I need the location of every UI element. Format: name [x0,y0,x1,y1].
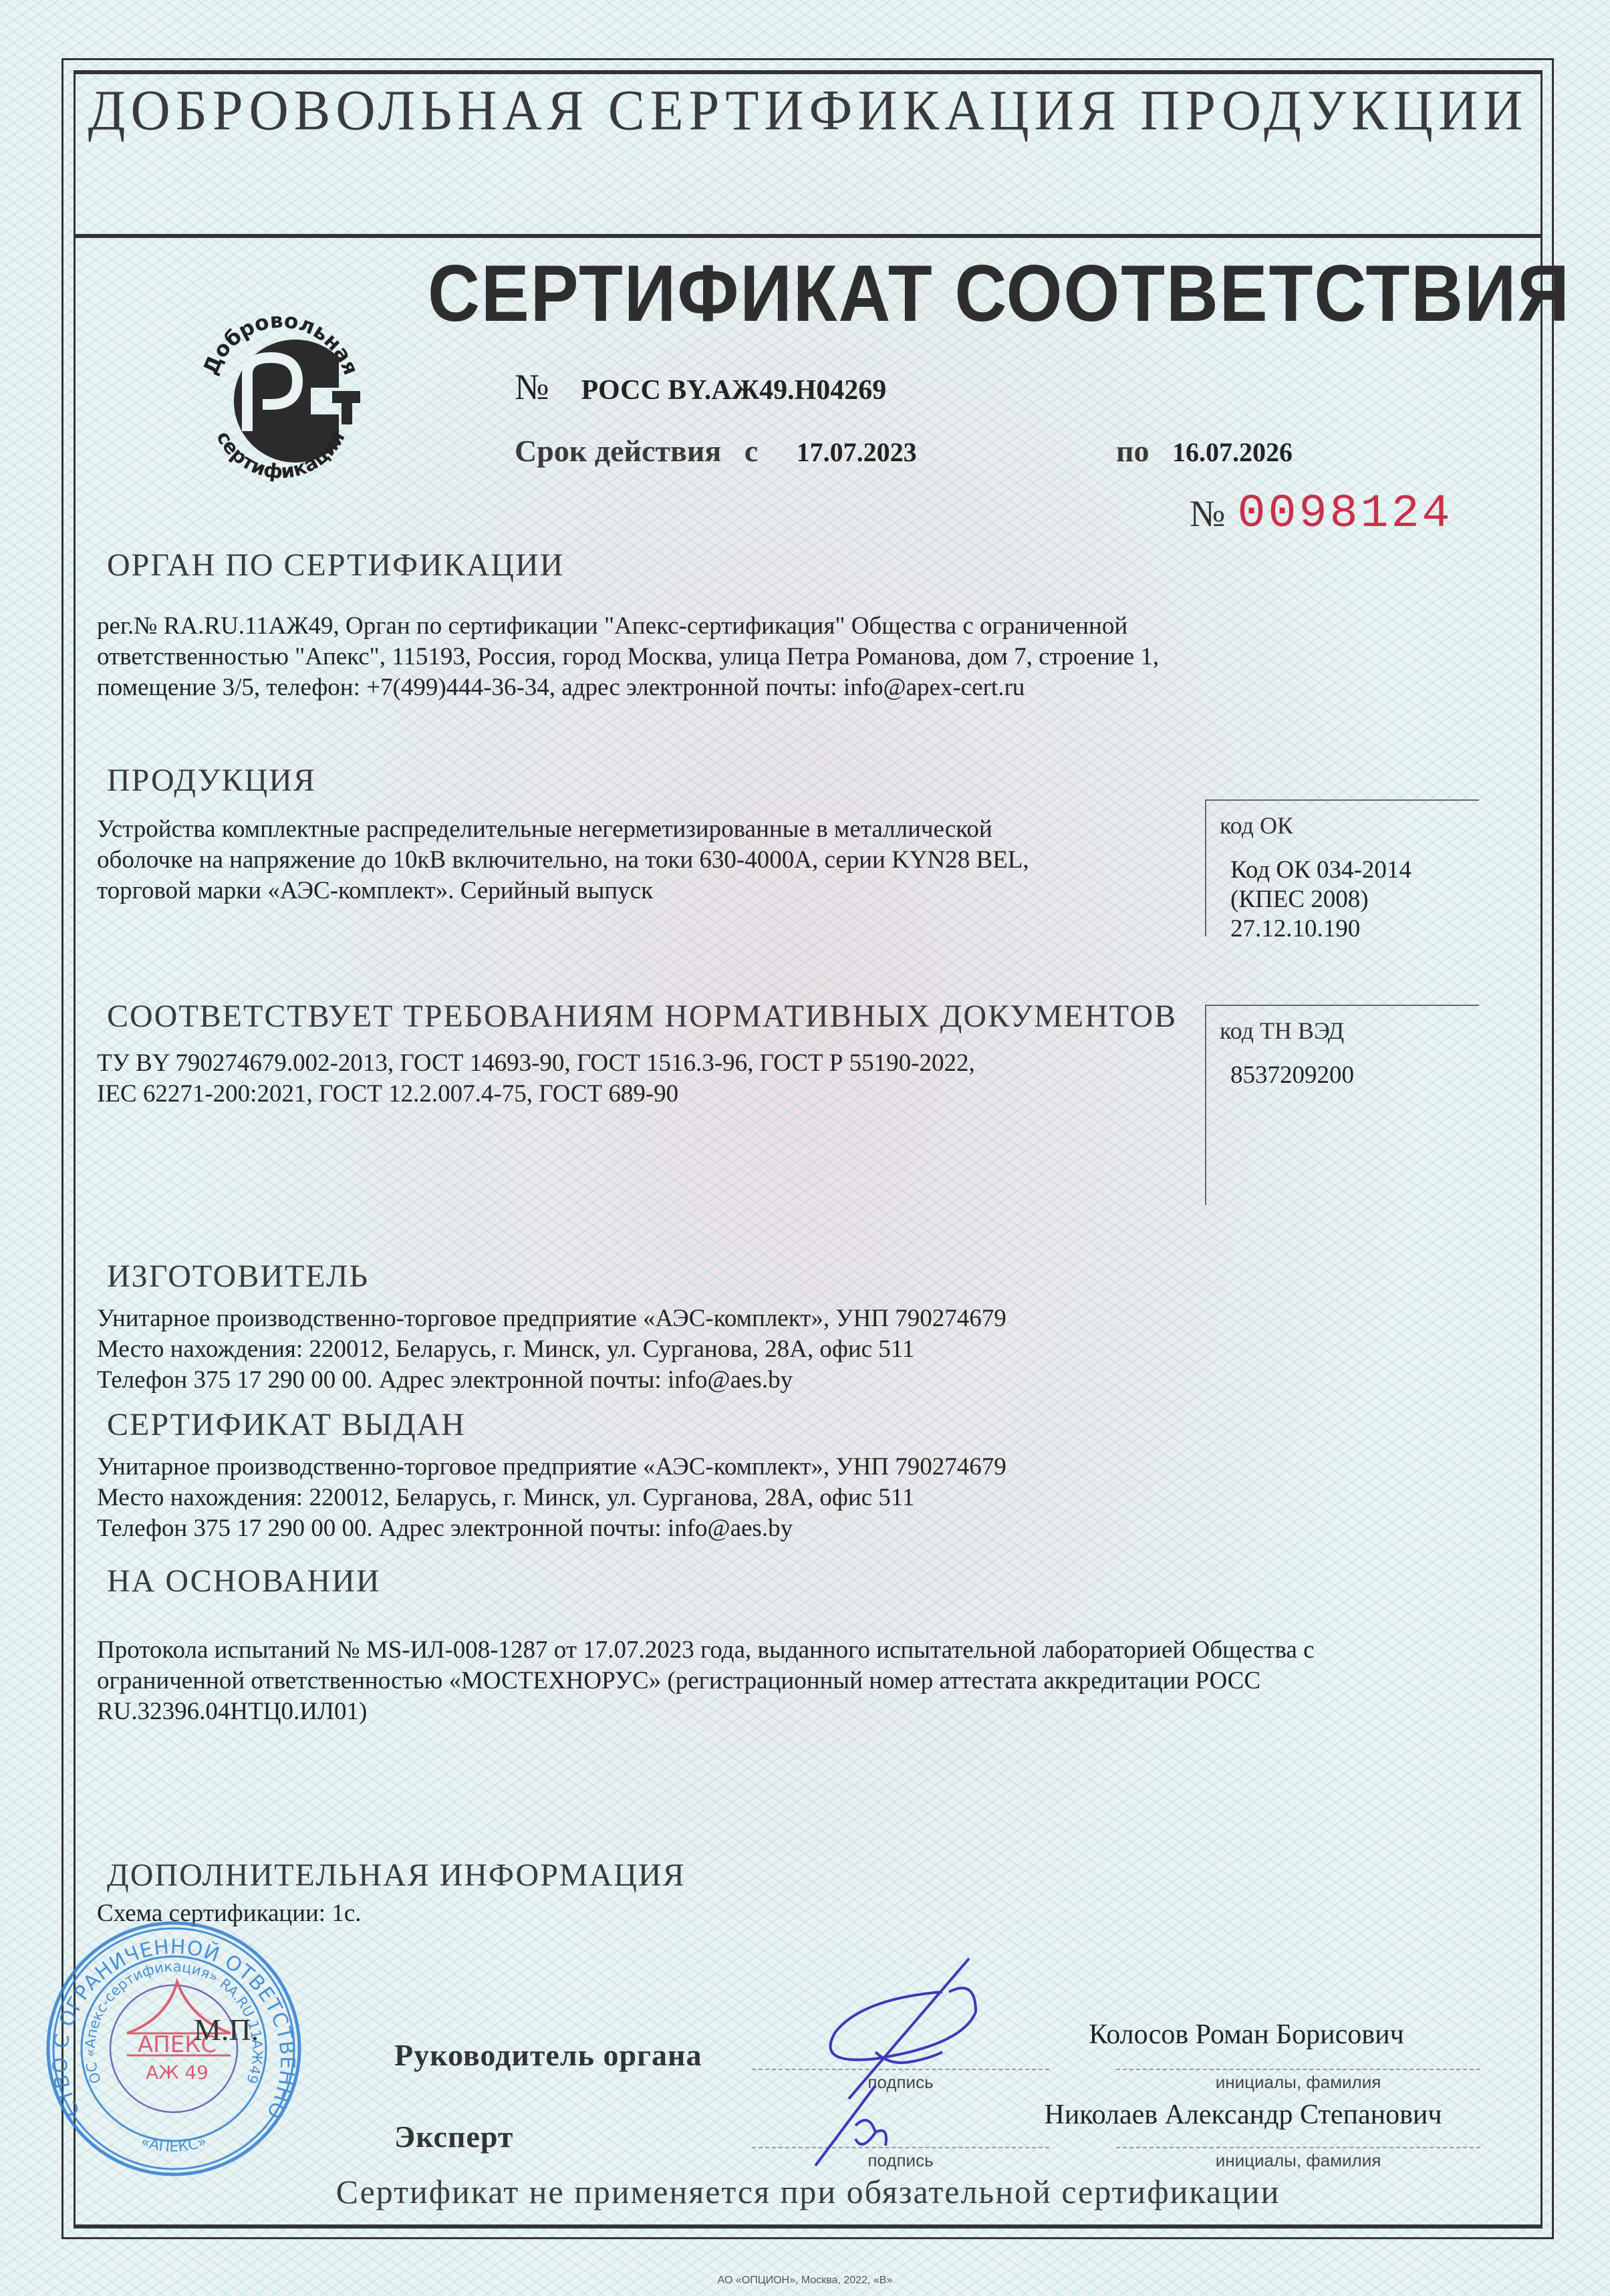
expert-name-caption: инициалы, фамилия [1116,2150,1480,2171]
valid-from-date: 17.07.2023 [797,437,917,467]
stamp-code: АЖ 49 [146,2061,209,2083]
certificate-number: РОСС BY.АЖ49.Н04269 [581,375,887,406]
section-heading-manufacturer: ИЗГОТОВИТЕЛЬ [107,1258,369,1295]
text-line: Унитарное производственно-торговое предп… [97,1303,1007,1334]
text-line: RU.32396.04НТЦ0.ИЛ01) [97,1696,1315,1727]
section-heading-conformity: СООТВЕТСТВУЕТ ТРЕБОВАНИЯМ НОРМАТИВНЫХ ДО… [107,998,1177,1035]
validity-label: Срок действия [515,434,721,468]
conformity-text: ТУ BY 790274679.002-2013, ГОСТ 14693-90,… [97,1048,975,1110]
rst-logo-icon: Добровольная сертификация [184,294,378,488]
basis-text: Протокола испытаний № MS-ИЛ-008-1287 от … [97,1635,1315,1727]
stamp-bottom-text: «АПЕКС» [138,2133,209,2155]
printer-imprint: АО «ОПЦИОН», Москва, 2022, «В» [0,2275,1610,2287]
expert-name: Николаев Александр Степанович [1016,2099,1470,2131]
apex-seal-stamp: ОБЩЕСТВО С ОГРАНИЧЕННОЙ ОТВЕТСТВЕННОСТЬЮ… [40,1918,307,2186]
text-line: ТУ BY 790274679.002-2013, ГОСТ 14693-90,… [97,1048,975,1079]
serial-number: 0098124 [1237,488,1452,541]
head-name-caption: инициалы, фамилия [1116,2072,1480,2093]
tnved-code-label: код ТН ВЭД [1220,1017,1479,1045]
issued-to-text: Унитарное производственно-торговое предп… [97,1452,1007,1544]
valid-to-date: 16.07.2026 [1172,437,1293,467]
from-label: с [745,434,758,468]
text-line: ограниченной ответственностью «МОСТЕХНОР… [97,1666,1315,1696]
text-line: Протокола испытаний № MS-ИЛ-008-1287 от … [97,1635,1315,1666]
section-heading-certification-body: ОРГАН ПО СЕРТИФИКАЦИИ [107,547,564,584]
text-line: Устройства комплектные распределительные… [97,814,1029,845]
to-label: по [1116,434,1150,468]
text-line: помещение 3/5, телефон: +7(499)444-36-34… [97,672,1159,703]
header-divider [74,234,1542,238]
head-of-body-label: Руководитель органа [394,2037,702,2073]
certificate-number-row: № РОСС BY.АЖ49.Н04269 [515,366,886,408]
okpd-code-label: код ОК [1220,811,1479,840]
serial-symbol: № [1190,493,1225,535]
expert-label: Эксперт [394,2119,513,2154]
number-symbol: № [515,367,549,407]
footer-note: Сертификат не применяется при обязательн… [74,2172,1542,2211]
text-line: IEC 62271-200:2021, ГОСТ 12.2.007.4-75, … [97,1079,975,1110]
text-line: рег.№ RA.RU.11АЖ49, Орган по сертификаци… [97,611,1159,642]
head-name-line [1116,2069,1480,2070]
text-line: Место нахождения: 220012, Беларусь, г. М… [97,1483,1007,1513]
okpd-code-value: Код ОК 034-2014 (КПЕС 2008) 27.12.10.190 [1230,856,1479,944]
certification-body-text: рег.№ RA.RU.11АЖ49, Орган по сертификаци… [97,611,1159,703]
text-line: Телефон 375 17 290 00 00. Адрес электрон… [97,1365,1007,1396]
certificate-title: СЕРТИФИКАТ СООТВЕТСТВИЯ [428,247,1390,340]
handwritten-signatures-icon [775,1952,1016,2172]
blank-serial-number: № 0098124 [1190,488,1453,541]
manufacturer-text: Унитарное производственно-торговое предп… [97,1303,1007,1396]
tnved-code-value: 8537209200 [1230,1061,1479,1090]
head-name: Колосов Роман Борисович [1053,2019,1440,2051]
product-text: Устройства комплектные распределительные… [97,814,1029,906]
text-line: Место нахождения: 220012, Беларусь, г. М… [97,1334,1007,1365]
section-heading-issued-to: СЕРТИФИКАТ ВЫДАН [107,1406,466,1443]
section-heading-basis: НА ОСНОВАНИИ [107,1563,381,1600]
top-title: ДОБРОВОЛЬНАЯ СЕРТИФИКАЦИЯ ПРОДУКЦИИ [74,78,1542,144]
svg-text:«АПЕКС»: «АПЕКС» [138,2133,209,2155]
text-line: Телефон 375 17 290 00 00. Адрес электрон… [97,1513,1007,1544]
text-line: торговой марки «АЭС-комплект». Серийный … [97,876,1029,906]
okpd-code-box: код ОК Код ОК 034-2014 (КПЕС 2008) 27.12… [1205,799,1479,936]
section-heading-product: ПРОДУКЦИЯ [107,762,316,799]
text-line: оболочке на напряжение до 10кВ включител… [97,845,1029,876]
text-line: Унитарное производственно-торговое предп… [97,1452,1007,1483]
tnved-code-box: код ТН ВЭД 8537209200 [1205,1005,1479,1205]
expert-name-line [1116,2147,1480,2148]
section-heading-additional: ДОПОЛНИТЕЛЬНАЯ ИНФОРМАЦИЯ [107,1857,686,1894]
seal-placeholder-label: М.П. [194,2012,259,2047]
text-line: ответственностью "Апекс", 115193, Россия… [97,642,1159,672]
